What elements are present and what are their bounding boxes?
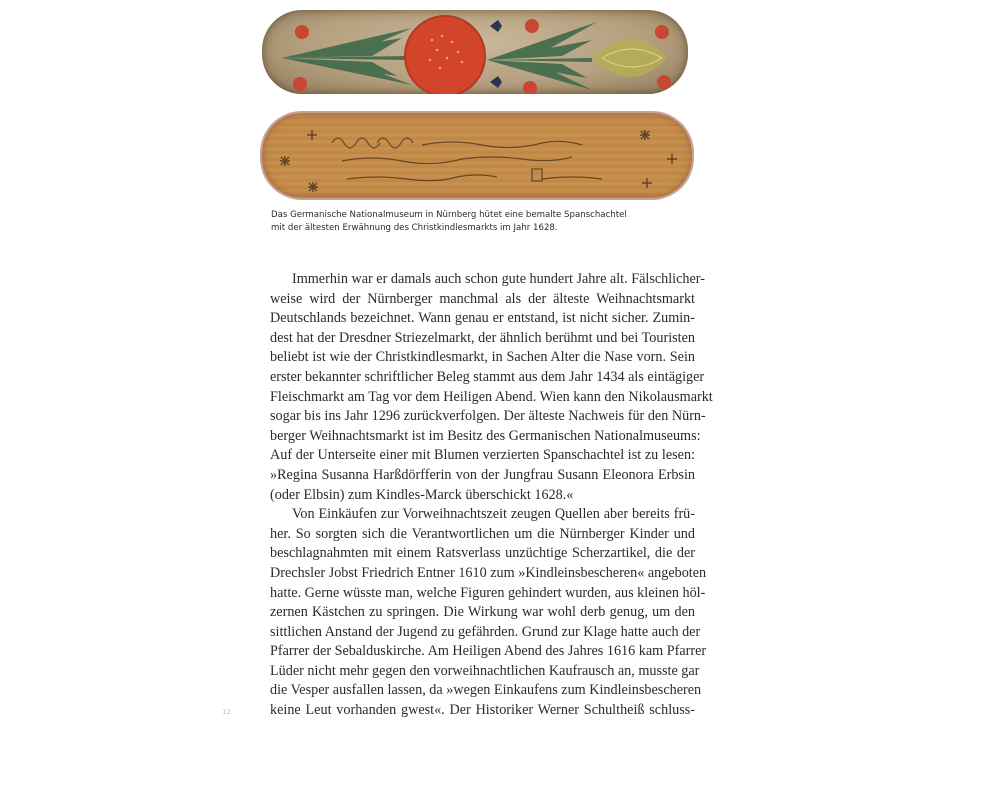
figure-inscribed-underside xyxy=(262,113,692,198)
text-line: (oder Elbsin) zum Kindles-Marck überschi… xyxy=(270,486,695,506)
caption-line: Das Germanische Nationalmuseum in Nürnbe… xyxy=(271,209,671,222)
text-line: Deutschlands bezeichnet. Wann genau er e… xyxy=(270,309,695,329)
text-line: Lüder nicht mehr gegen den vorweihnachtl… xyxy=(270,662,695,682)
text-line: keine Leut vorhanden gwest«. Der Histori… xyxy=(270,701,695,721)
text-line: hatte. Gerne wüsste man, welche Figuren … xyxy=(270,584,695,604)
text-line: die Vesper ausfallen lassen, da »wegen E… xyxy=(270,681,695,701)
figure-caption: Das Germanische Nationalmuseum in Nürnbe… xyxy=(271,209,671,235)
text-line: »Regina Susanna Harßdörfferin von der Ju… xyxy=(270,466,695,486)
body-text: Immerhin war er damals auch schon gute h… xyxy=(270,270,695,721)
caption-line: mit der ältesten Erwähnung des Christkin… xyxy=(271,222,671,235)
text-line: beliebt ist wie der Christkindlesmarkt, … xyxy=(270,348,695,368)
text-line: Fleischmarkt am Tag vor dem Heiligen Abe… xyxy=(270,388,695,408)
text-line: Pfarrer der Sebalduskirche. Am Heiligen … xyxy=(270,642,695,662)
figure-painted-lid xyxy=(262,10,688,94)
text-line: beschlagnahmten mit einem Ratsverlass un… xyxy=(270,544,695,564)
text-line: berger Weihnachtsmarkt ist im Besitz des… xyxy=(270,427,695,447)
text-line: zernen Kästchen zu springen. Die Wirkung… xyxy=(270,603,695,623)
text-line: her. So sorgten sich die Verantwortliche… xyxy=(270,525,695,545)
text-line: erster bekannter schriftlicher Beleg sta… xyxy=(270,368,695,388)
inscription-illustration xyxy=(262,113,692,198)
text-line: Immerhin war er damals auch schon gute h… xyxy=(270,270,695,290)
text-line: dest hat der Dresdner Striezelmarkt, der… xyxy=(270,329,695,349)
text-line: sogar bis ins Jahr 1296 zurückverfolgen.… xyxy=(270,407,695,427)
text-line: sittlichen Anstand der Jugend zu gefährd… xyxy=(270,623,695,643)
text-line: Auf der Unterseite einer mit Blumen verz… xyxy=(270,446,695,466)
painted-lid-illustration xyxy=(262,10,688,94)
text-line: weise wird der Nürnberger manchmal als d… xyxy=(270,290,695,310)
text-line: Drechsler Jobst Friedrich Entner 1610 zu… xyxy=(270,564,695,584)
text-line: Von Einkäufen zur Vorweihnachtszeit zeug… xyxy=(270,505,695,525)
page-number: 12 xyxy=(222,708,231,716)
